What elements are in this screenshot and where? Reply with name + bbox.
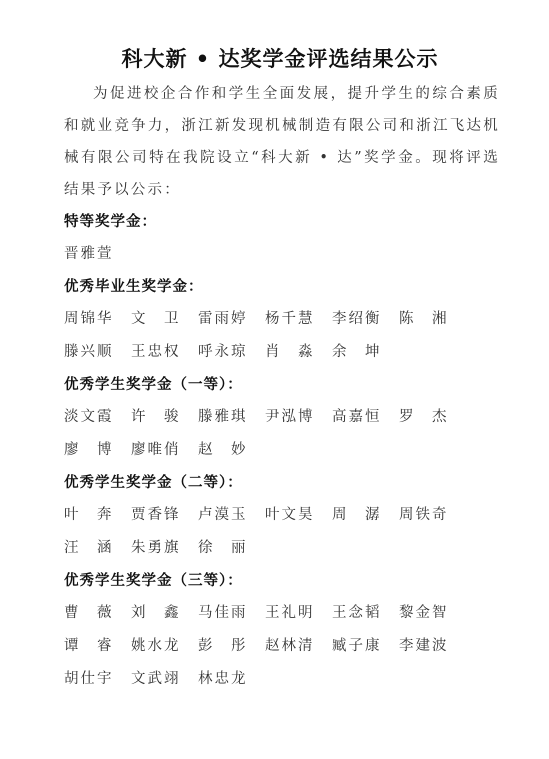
recipient-name: 文武翊 (131, 663, 198, 696)
recipient-name: 马佳雨 (198, 597, 265, 630)
recipient-name: 呼永琼 (198, 336, 265, 369)
recipient-name: 赵 妙 (198, 434, 265, 467)
recipient-name: 滕雅琪 (198, 401, 265, 434)
recipient-name: 李绍衡 (332, 303, 399, 336)
recipient-name: 滕兴顺 (64, 336, 131, 369)
section-heading: 优秀学生奖学金（一等）： (64, 369, 500, 401)
recipient-name: 朱勇旗 (131, 532, 198, 565)
document-title: 科大新 • 达奖学金评选结果公示 (60, 40, 500, 78)
document-page: 科大新 • 达奖学金评选结果公示 为促进校企合作和学生全面发展，提升学生的综合素… (64, 40, 500, 696)
recipient-name: 曹 薇 (64, 597, 131, 630)
recipient-name: 许 骏 (131, 401, 198, 434)
recipient-name: 谭 睿 (64, 630, 131, 663)
recipient-name: 余 坤 (332, 336, 399, 369)
recipient-name: 林忠龙 (198, 663, 265, 696)
recipient-name: 胡仕宇 (64, 663, 131, 696)
recipient-name: 王忠权 (131, 336, 198, 369)
recipient-name: 王礼明 (265, 597, 332, 630)
award-section: 优秀毕业生奖学金：周锦华文 卫雷雨婷杨千慧李绍衡陈 湘滕兴顺王忠权呼永琼肖 淼余… (64, 271, 500, 369)
award-section: 优秀学生奖学金（三等）：曹 薇刘 鑫马佳雨王礼明王念韬黎金智谭 睿姚水龙彭 彤赵… (64, 565, 500, 696)
section-heading: 优秀学生奖学金（三等）： (64, 565, 500, 597)
recipient-name: 姚水龙 (131, 630, 198, 663)
recipient-name: 肖 淼 (265, 336, 332, 369)
recipient-name: 叶文昊 (265, 499, 332, 532)
name-list: 曹 薇刘 鑫马佳雨王礼明王念韬黎金智谭 睿姚水龙彭 彤赵林清臧子康李建波胡仕宇文… (64, 597, 500, 696)
recipient-name: 周铁奇 (399, 499, 466, 532)
award-section: 优秀学生奖学金（一等）：淡文霞许 骏滕雅琪尹泓博高嘉恒罗 杰廖 博廖唯俏赵 妙 (64, 369, 500, 467)
recipient-name: 晋雅萱 (64, 238, 131, 271)
recipient-name: 罗 杰 (399, 401, 466, 434)
recipient-name: 周 潺 (332, 499, 399, 532)
recipient-name: 陈 湘 (399, 303, 466, 336)
recipient-name: 廖 博 (64, 434, 131, 467)
recipient-name: 雷雨婷 (198, 303, 265, 336)
recipient-name: 李建波 (399, 630, 466, 663)
recipient-name: 徐 丽 (198, 532, 265, 565)
name-list: 周锦华文 卫雷雨婷杨千慧李绍衡陈 湘滕兴顺王忠权呼永琼肖 淼余 坤 (64, 303, 500, 369)
recipient-name: 周锦华 (64, 303, 131, 336)
name-list: 晋雅萱 (64, 238, 500, 271)
section-heading: 优秀学生奖学金（二等）： (64, 467, 500, 499)
recipient-name: 王念韬 (332, 597, 399, 630)
recipient-name: 彭 彤 (198, 630, 265, 663)
recipient-name: 卢漠玉 (198, 499, 265, 532)
recipient-name: 杨千慧 (265, 303, 332, 336)
recipient-name: 贾香锋 (131, 499, 198, 532)
recipient-name: 廖唯俏 (131, 434, 198, 467)
recipient-name: 黎金智 (399, 597, 466, 630)
award-sections: 特等奖学金：晋雅萱优秀毕业生奖学金：周锦华文 卫雷雨婷杨千慧李绍衡陈 湘滕兴顺王… (64, 206, 500, 696)
award-section: 特等奖学金：晋雅萱 (64, 206, 500, 271)
recipient-name: 刘 鑫 (131, 597, 198, 630)
recipient-name: 淡文霞 (64, 401, 131, 434)
section-heading: 特等奖学金： (64, 206, 500, 238)
recipient-name: 叶 奔 (64, 499, 131, 532)
name-list: 叶 奔贾香锋卢漠玉叶文昊周 潺周铁奇汪 涵朱勇旗徐 丽 (64, 499, 500, 565)
intro-paragraph: 为促进校企合作和学生全面发展，提升学生的综合素质和就业竞争力，浙江新发现机械制造… (64, 78, 500, 206)
recipient-name: 尹泓博 (265, 401, 332, 434)
recipient-name: 臧子康 (332, 630, 399, 663)
recipient-name: 赵林清 (265, 630, 332, 663)
name-list: 淡文霞许 骏滕雅琪尹泓博高嘉恒罗 杰廖 博廖唯俏赵 妙 (64, 401, 500, 467)
recipient-name: 汪 涵 (64, 532, 131, 565)
recipient-name: 高嘉恒 (332, 401, 399, 434)
award-section: 优秀学生奖学金（二等）：叶 奔贾香锋卢漠玉叶文昊周 潺周铁奇汪 涵朱勇旗徐 丽 (64, 467, 500, 565)
section-heading: 优秀毕业生奖学金： (64, 271, 500, 303)
recipient-name: 文 卫 (131, 303, 198, 336)
